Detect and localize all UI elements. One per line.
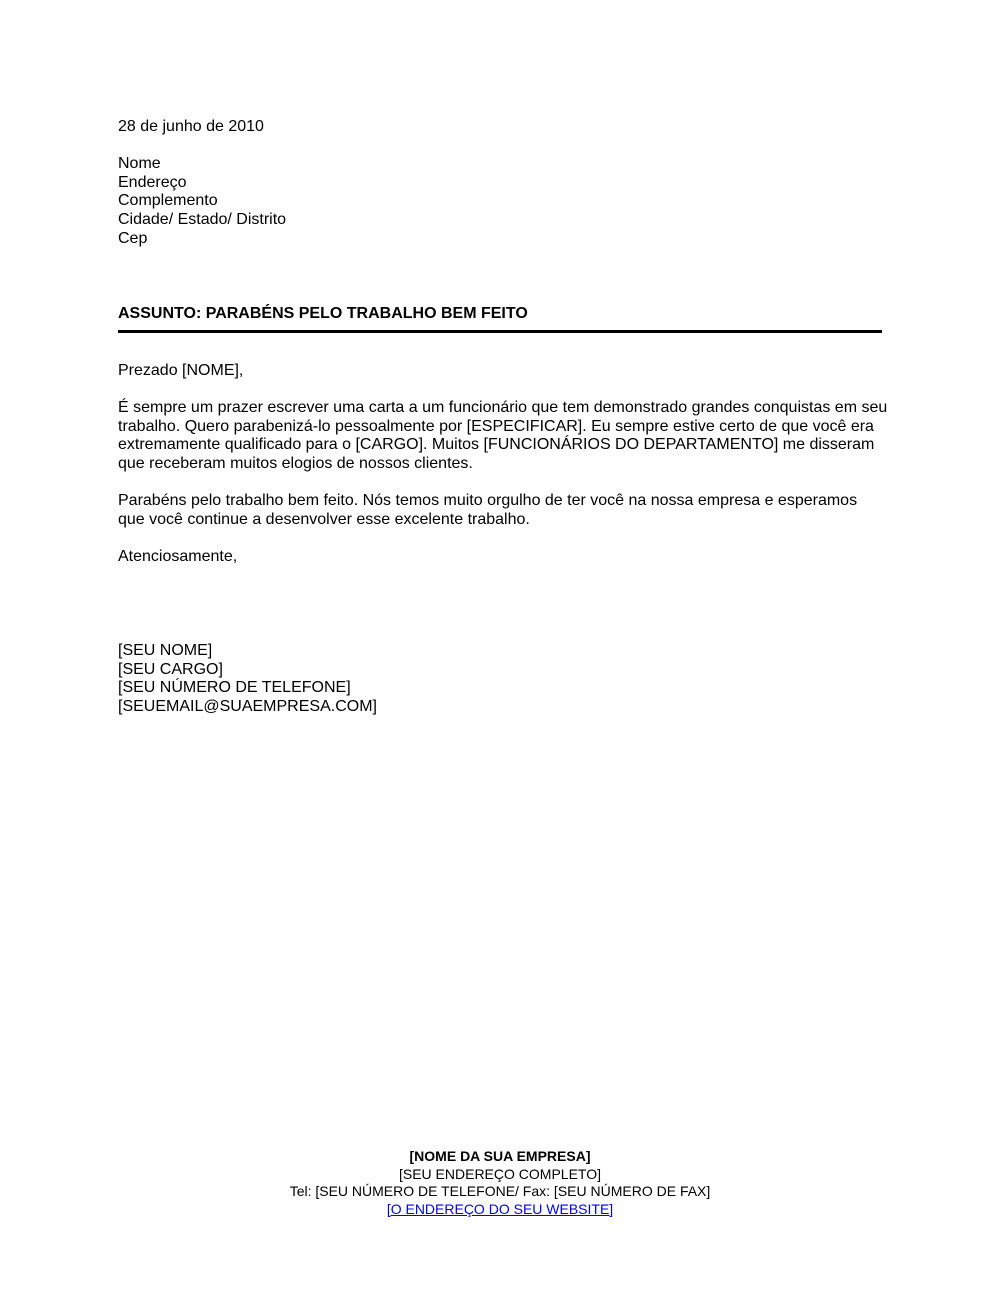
closing: Atenciosamente, [118,548,237,567]
subject-heading: ASSUNTO: PARABÉNS PELO TRABALHO BEM FEIT… [118,305,528,323]
footer-company-name: [NOME DA SUA EMPRESA] [0,1148,1000,1166]
recipient-zip: Cep [118,230,286,249]
recipient-address: Nome Endereço Complemento Cidade/ Estado… [118,155,286,249]
recipient-name: Nome [118,155,286,174]
body-paragraph-2: Parabéns pelo trabalho bem feito. Nós te… [118,492,888,529]
letterhead-footer: [NOME DA SUA EMPRESA] [SEU ENDEREÇO COMP… [0,1148,1000,1218]
footer-contact: Tel: [SEU NÚMERO DE TELEFONE/ Fax: [SEU … [0,1183,1000,1201]
salutation: Prezado [NOME], [118,362,243,381]
recipient-city-state: Cidade/ Estado/ Distrito [118,211,286,230]
signature-block: [SEU NOME] [SEU CARGO] [SEU NÚMERO DE TE… [118,642,377,717]
letter-date: 28 de junho de 2010 [118,118,264,137]
recipient-street: Endereço [118,174,286,193]
sender-phone: [SEU NÚMERO DE TELEFONE] [118,679,377,698]
subject-divider [118,330,882,333]
footer-address: [SEU ENDEREÇO COMPLETO] [0,1166,1000,1184]
sender-title: [SEU CARGO] [118,661,377,680]
sender-email: [SEUEMAIL@SUAEMPRESA.COM] [118,698,377,717]
sender-name: [SEU NOME] [118,642,377,661]
footer-website-link[interactable]: [O ENDEREÇO DO SEU WEBSITE] [387,1201,613,1217]
body-paragraph-1: É sempre um prazer escrever uma carta a … [118,399,888,474]
recipient-complement: Complemento [118,192,286,211]
